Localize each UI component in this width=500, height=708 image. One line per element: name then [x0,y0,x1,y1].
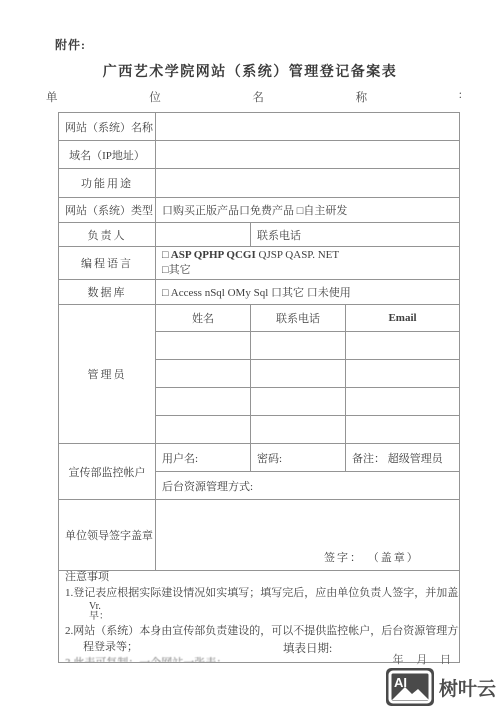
attachment-label: 附件: [55,36,86,53]
admin-email-field [346,388,460,416]
table-row: 负责人 联系电话 [59,223,460,247]
notes-section: 注意事项 1.登记表应根据实际建设情况如实填写；填写完后，应由单位负责人签字，并… [59,571,460,663]
admin-name-field [156,332,251,360]
admin-phone-field [251,416,346,444]
admin-label: 管理员 [59,305,156,444]
unit-name-char: 位 [149,89,161,105]
watermark: AI 树叶云 [386,668,496,706]
ai-image-logo-icon: AI [386,668,434,706]
registration-form-table: 网站（系统）名称 域名（IP地址） 功能用途 网站（系统）类型 口购买正版产品口… [58,112,460,663]
unit-name-colon: : [459,89,462,105]
language-options: □ ASP QPHP QCGI QJSP QASP. NET □其它 [156,247,460,280]
unit-name-char: 称 [356,89,368,105]
monitor-password-label: 密码: [251,444,346,472]
principal-field [156,223,251,247]
leader-signature-label: 单位领导签字盖章 [59,500,156,571]
backend-management-label: 后台资源管理方式: [156,472,460,500]
database-label: 数据库 [59,280,156,305]
note-item-1-fragment: 早： [89,612,453,622]
contact-phone-label: 联系电话 [251,223,460,247]
function-field [156,169,460,198]
site-name-field [156,113,460,141]
domain-field [156,141,460,169]
table-row: 功能用途 [59,169,460,198]
admin-col-email: Email [346,305,460,332]
table-row: 网站（系统）类型 口购买正版产品口免费产品 □自主研发 [59,198,460,223]
note-item-1-fragment: Vr. [89,602,453,612]
database-options: □ Access nSql OMy Sql 口其它 口未使用 [156,280,460,305]
language-options-line2: □其它 [162,263,453,278]
admin-col-phone: 联系电话 [251,305,346,332]
admin-name-field [156,416,251,444]
domain-label: 域名（IP地址） [59,141,156,169]
note-item-1: 1.登记表应根据实际建设情况如实填写；填写完后，应由单位负责人签字，并加盖本单位… [65,587,453,601]
type-label: 网站（系统）类型 [59,198,156,223]
watermark-brand-text: 树叶云 [439,674,496,701]
note-item-2: 2.网站（系统）本身由宣传部负责建设的，可以不提供监控帐户，后台资源管理方式指F… [65,625,453,639]
function-label: 功能用途 [59,169,156,198]
table-row: 单位领导签字盖章 签字： （盖章） [59,500,460,571]
unit-name-char: 名 [252,89,264,105]
table-row: 数据库 □ Access nSql OMy Sql 口其它 口未使用 [59,280,460,305]
leader-signature-cell: 签字： （盖章） [156,500,460,571]
admin-col-name: 姓名 [156,305,251,332]
page-title: 广西艺术学院网站（系统）管理登记备案表 [0,61,500,81]
language-options-line1: □ ASP QPHP QCGI QJSP QASP. NET [162,248,453,263]
admin-phone-field [251,388,346,416]
monitor-username-label: 用户名: [156,444,251,472]
year-month-day-label: 年 月 日 [393,651,457,667]
principal-label: 负责人 [59,223,156,247]
sign-stamp-label: 签字： （盖章） [324,549,420,565]
table-row: 管理员 姓名 联系电话 Email [59,305,460,332]
admin-name-field [156,388,251,416]
language-options-rest: QJSP QASP. NET [256,249,339,261]
monitor-remark: 备注： 超级管理员 [346,444,460,472]
admin-name-field [156,360,251,388]
table-row: 域名（IP地址） [59,141,460,169]
admin-email-field [346,416,460,444]
type-options: 口购买正版产品口免费产品 □自主研发 [156,198,460,223]
site-name-label: 网站（系统）名称 [59,113,156,141]
admin-phone-field [251,360,346,388]
table-row: 宣传部监控帐户 用户名: 密码: 备注： 超级管理员 [59,444,460,472]
table-row: 注意事项 1.登记表应根据实际建设情况如实填写；填写完后，应由单位负责人签字，并… [59,571,460,663]
admin-email-field [346,360,460,388]
table-row: 网站（系统）名称 [59,113,460,141]
language-options-bold: □ ASP QPHP QCGI [162,249,256,261]
admin-email-field [346,332,460,360]
notes-title: 注意事项 [65,571,453,585]
unit-name-line: 单 位 名 称 : [46,89,462,105]
monitor-account-label: 宣传部监控帐户 [59,444,156,500]
admin-phone-field [251,332,346,360]
fill-date-label: 填表日期: [283,640,332,656]
table-row: 编程语言 □ ASP QPHP QCGI QJSP QASP. NET □其它 [59,247,460,280]
language-label: 编程语言 [59,247,156,280]
unit-name-char: 单 [46,89,58,105]
